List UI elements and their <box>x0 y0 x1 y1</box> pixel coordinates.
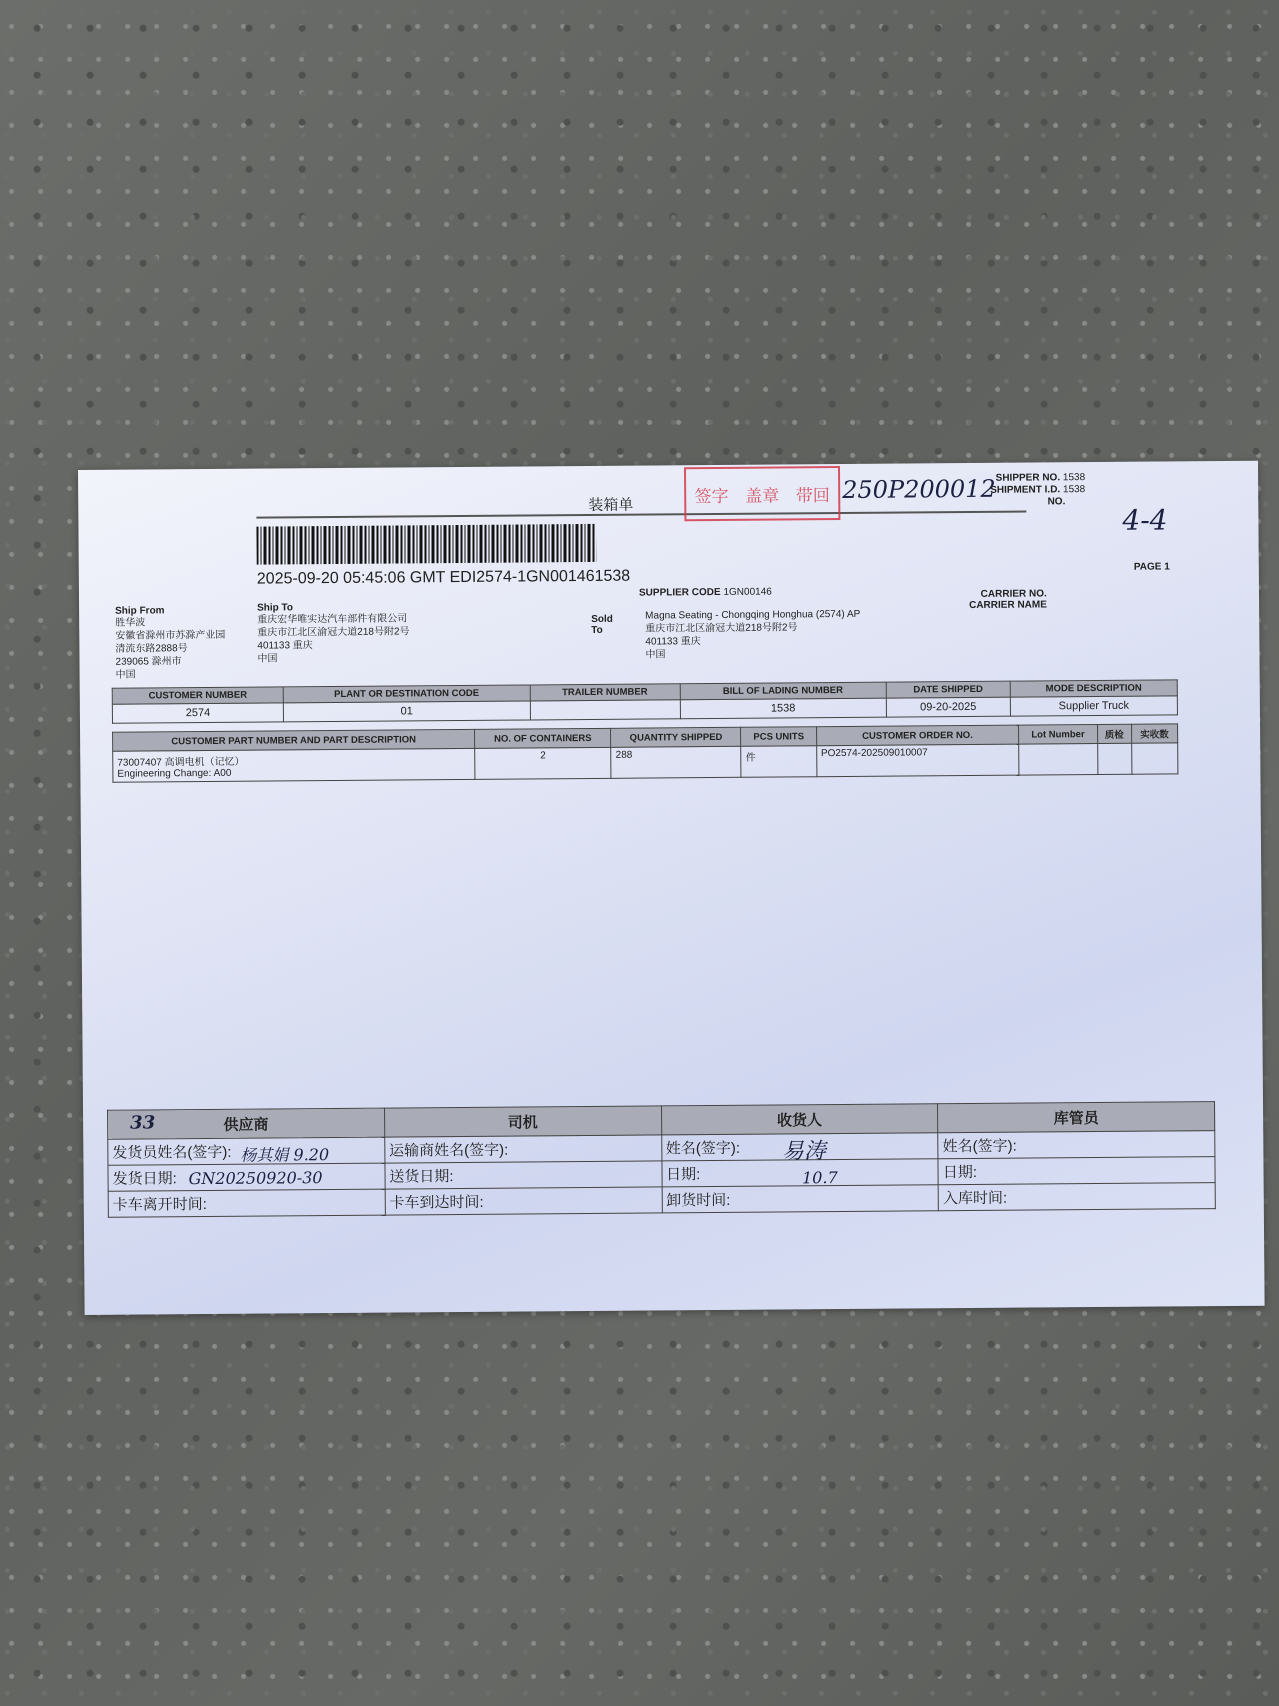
shipment-id-suffix: NO. <box>990 496 1065 509</box>
shipper-signature: 杨其娟 9.20 <box>240 1142 329 1166</box>
col-received: 实收数 <box>1131 724 1178 743</box>
ship-from-line: 中国 <box>116 668 226 682</box>
shipment-header-table: CUSTOMER NUMBER PLANT OR DESTINATION COD… <box>112 679 1178 723</box>
ship-to-line: 重庆宏华唯实达汽车部件有限公司 <box>257 612 409 626</box>
sold-to-address: Magna Seating - Chongqing Honghua (2574)… <box>645 608 861 662</box>
shipper-sign-label: 发货员姓名(签字): <box>112 1144 231 1162</box>
shipper-info: SHIPPER NO. 1538 SHIPMENT I.D. 1538 NO. <box>990 472 1085 509</box>
ship-from-line: 安徽省滁州市苏滁产业园 <box>115 629 225 643</box>
mode-description: Supplier Truck <box>1010 696 1177 716</box>
pcs-units: 件 <box>741 746 816 778</box>
supplier-code-value: 1GN00146 <box>723 587 771 598</box>
col-units: PCS UNITS <box>741 727 816 747</box>
ship-to-line: 401133 重庆 <box>257 638 409 652</box>
col-customer-number: CUSTOMER NUMBER <box>112 687 283 704</box>
col-containers: NO. OF CONTAINERS <box>475 728 611 748</box>
stock-in-time-field[interactable]: 入库时间: <box>938 1183 1215 1211</box>
carrier-sign-field[interactable]: 运输商姓名(签字): <box>384 1135 661 1163</box>
ship-from-line: 清流东路2888号 <box>115 642 225 656</box>
supplier-code-label: SUPPLIER CODE <box>639 587 721 599</box>
col-quantity: QUANTITY SHIPPED <box>611 727 741 747</box>
receive-date-handwritten: 10.7 <box>802 1168 838 1187</box>
quantity-shipped: 288 <box>611 746 741 778</box>
handwritten-count: 33 <box>130 1112 155 1133</box>
header-supplier-label: 供应商 <box>223 1116 268 1133</box>
packing-list-paper: 装箱单 签字 盖章 带回 250P200012 SHIPPER NO. 1538… <box>78 461 1265 1315</box>
ship-date-handwritten: GN2025092​0-30 <box>188 1168 322 1188</box>
to-label: To <box>591 625 613 636</box>
engineering-change: Engineering Change: A00 <box>117 766 470 780</box>
receiver-sign-label: 姓名(签字): <box>666 1140 740 1158</box>
ship-date-field[interactable]: 发货日期: GN2025092​0-30 <box>108 1163 385 1191</box>
customer-number: 2574 <box>112 703 283 723</box>
stamp-text-2: 盖章 <box>745 481 779 506</box>
document-title: 装箱单 <box>588 494 633 515</box>
ship-from-line: 胜华波 <box>115 616 225 630</box>
receiver-sign-field[interactable]: 姓名(签字): 易涛 <box>661 1133 938 1161</box>
bill-of-lading: 1538 <box>680 698 886 719</box>
header-receiver: 收货人 <box>661 1104 938 1135</box>
red-stamp: 签字 盖章 带回 <box>684 466 840 521</box>
plant-code: 01 <box>283 701 530 722</box>
carrier-no-label: CARRIER NO. <box>969 588 1047 600</box>
header-warehouse-keeper: 库管员 <box>938 1102 1215 1133</box>
handwritten-reference: 250P200012 <box>842 475 996 504</box>
col-trailer-number: TRAILER NUMBER <box>530 684 680 701</box>
ship-from-label: Ship From <box>115 605 225 617</box>
received-qty <box>1131 743 1178 774</box>
shipper-sign-field[interactable]: 发货员姓名(签字): 杨其娟 9.20 <box>108 1137 385 1165</box>
ship-date-label: 发货日期: <box>113 1170 177 1188</box>
receive-date-field[interactable]: 日期: 10.7 <box>661 1159 938 1187</box>
sold-to-block: Sold To <box>591 614 613 636</box>
title-rule <box>256 511 1026 519</box>
receive-date-label: 日期: <box>666 1166 700 1183</box>
ship-to-line: 重庆市江北区渝冠大道218号附2号 <box>257 625 409 639</box>
header-driver: 司机 <box>384 1106 661 1137</box>
supplier-code: SUPPLIER CODE 1GN00146 <box>639 587 772 599</box>
stamp-text-1: 签字 <box>694 481 728 506</box>
ship-to-line: 中国 <box>257 651 409 665</box>
carrier-info: CARRIER NO. CARRIER NAME <box>969 588 1047 611</box>
customer-order-no: PO2574-202509010007 <box>816 744 1019 777</box>
signature-table: 33 供应商 司机 收货人 库管员 发货员姓名(签字): 杨其娟 9.20 运输… <box>107 1101 1216 1218</box>
ship-to-block: Ship To 重庆宏华唯实达汽车部件有限公司 重庆市江北区渝冠大道218号附2… <box>257 601 410 665</box>
col-order-no: CUSTOMER ORDER NO. <box>816 725 1018 746</box>
sold-to-line: Magna Seating - Chongqing Honghua (2574)… <box>645 608 860 623</box>
carrier-name-label: CARRIER NAME <box>969 599 1047 611</box>
trailer-number <box>530 700 680 720</box>
keeper-date-field[interactable]: 日期: <box>938 1157 1215 1185</box>
col-bill-of-lading: BILL OF LADING NUMBER <box>680 682 886 700</box>
sold-to-line: 中国 <box>645 647 860 662</box>
keeper-sign-field[interactable]: 姓名(签字): <box>938 1131 1215 1159</box>
shipment-id-value: 1538 <box>1063 484 1085 495</box>
unload-time-field[interactable]: 卸货时间: <box>662 1185 939 1213</box>
ship-from-line: 239065 滁州市 <box>115 655 225 669</box>
truck-arrive-field[interactable]: 卡车到达时间: <box>385 1187 662 1215</box>
containers: 2 <box>475 747 612 779</box>
part-cell: 73007407 高调电机（记忆） Engineering Change: A0… <box>113 748 475 782</box>
shipper-no-label: SHIPPER NO. <box>996 472 1061 484</box>
barcode-text: 2025-09-20 05:45:06 GMT EDI2574-1GN00146… <box>257 568 630 589</box>
truck-depart-field[interactable]: 卡车离开时间: <box>108 1189 385 1217</box>
barcode <box>256 524 596 565</box>
qc <box>1097 743 1131 774</box>
col-date-shipped: DATE SHIPPED <box>886 681 1010 698</box>
col-mode-description: MODE DESCRIPTION <box>1010 680 1177 697</box>
date-shipped: 09-20-2025 <box>886 697 1010 717</box>
col-lot-number: Lot Number <box>1019 725 1098 745</box>
shipper-no-value: 1538 <box>1063 472 1085 483</box>
delivery-date-field[interactable]: 送货日期: <box>385 1161 662 1189</box>
stamp-text-3: 带回 <box>796 481 830 506</box>
ship-from-block: Ship From 胜华波 安徽省滁州市苏滁产业园 清流东路2888号 2390… <box>115 605 226 682</box>
handwritten-corner-note: 4-4 <box>1122 503 1167 536</box>
sold-label: Sold <box>591 614 613 625</box>
col-qc: 质检 <box>1097 724 1131 743</box>
items-table: CUSTOMER PART NUMBER AND PART DESCRIPTIO… <box>112 723 1178 782</box>
col-plant-code: PLANT OR DESTINATION CODE <box>283 685 530 703</box>
shipment-id-label: SHIPMENT I.D. <box>990 484 1060 496</box>
header-supplier: 33 供应商 <box>108 1108 385 1139</box>
lot-number <box>1019 744 1098 776</box>
page-number: PAGE 1 <box>1134 561 1170 572</box>
